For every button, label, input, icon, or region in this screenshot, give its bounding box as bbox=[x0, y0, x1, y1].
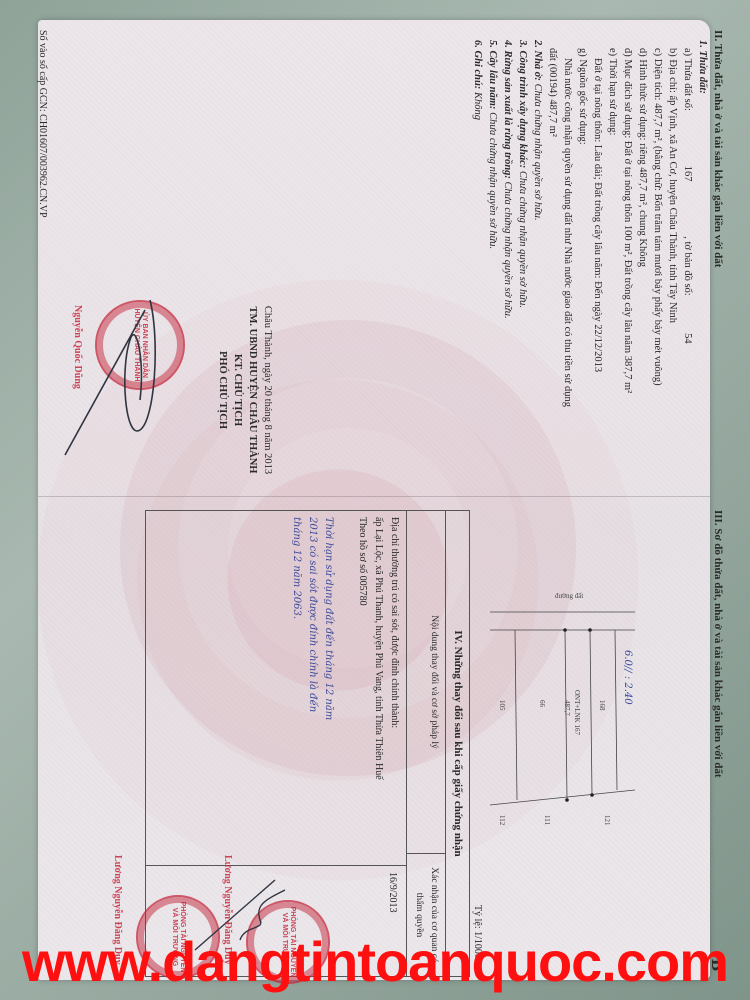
section-iv-header-row: Nội dung thay đổi và cơ sở pháp lý Xác n… bbox=[406, 511, 445, 976]
term-detail: Đất ở tại nông thôn: Lâu dài; Đất trồng … bbox=[590, 30, 605, 500]
place-date: Châu Thành, ngày 20 tháng 8 năm 2013 bbox=[260, 260, 275, 520]
certificate-content: II. Thửa đất, nhà ở và tài sản khác gắn … bbox=[35, 30, 725, 980]
neighbor-121: 121 bbox=[603, 815, 611, 826]
parcel-number-label: a) Thửa đất số: bbox=[682, 48, 693, 111]
usage-purpose-line: đ) Mục đích sử dụng: Đất ở tại nông thôn… bbox=[620, 30, 635, 500]
change-line-2: ấp Lại Lộc, xã Phú Thanh, huyện Phú Vang… bbox=[370, 517, 386, 859]
section-iv-heading: IV. Những thay đổi sau khi cấp giấy chứn… bbox=[445, 511, 469, 976]
serial-number: Số vào sổ cấp GCN: CH01607/003962.CN.VP bbox=[35, 30, 50, 218]
signing-org: TM. UBND HUYỆN CHÂU THÀNH bbox=[245, 260, 260, 520]
notes-line: 6. Ghi chú: Không bbox=[470, 30, 485, 500]
parcel-number: 167 bbox=[680, 114, 695, 234]
handwritten-line-2: 2013 có sai sót được đính chính là đến bbox=[304, 517, 320, 859]
handwritten-line-3: tháng 12 năm 2063. bbox=[288, 517, 304, 859]
address-line: b) Địa chỉ: ấp Vịnh, xã An Cơ, huyện Châ… bbox=[665, 30, 680, 500]
section-ii: II. Thửa đất, nhà ở và tài sản khác gắn … bbox=[35, 30, 725, 500]
change-content-cell: Địa chỉ thường trú có sai sót, được đính… bbox=[146, 511, 406, 866]
map-sheet-number: 54 bbox=[680, 298, 695, 378]
road-label: đường đất bbox=[555, 592, 583, 600]
parcel-diagram: đường đất ONT+LNK 167 487,7 168 66 105 1… bbox=[485, 590, 675, 850]
other-construction-line: 3. Công trình xây dựng khác: Chưa chứng … bbox=[515, 30, 530, 500]
signing-kt: KT. CHỦ TỊCH bbox=[230, 260, 245, 520]
change-line-3: Theo hồ sơ số 005780 bbox=[354, 517, 370, 859]
parcel-heading: 1. Thửa đất: bbox=[695, 30, 710, 500]
district-signer-name: Nguyễn Quốc Dũng bbox=[70, 305, 85, 389]
parcel-number-line: a) Thửa đất số: 167 , tờ bản đồ số: 54 bbox=[680, 30, 695, 500]
neighbor-105: 105 bbox=[498, 700, 506, 711]
neighbor-111: 111 bbox=[543, 815, 551, 825]
perennial-trees-line: 5. Cây lâu năm: Chưa chứng nhận quyền sở… bbox=[485, 30, 500, 500]
section-iii-iv: III. Sơ đồ thửa đất, nhà ở và tài sản kh… bbox=[35, 510, 725, 980]
watermark-url: www.dangtintoanquoc.com bbox=[10, 932, 740, 992]
parcel-label: ONT+LNK 167 bbox=[573, 690, 581, 735]
forest-line: 4. Rừng sản xuất là rừng trồng: Chưa chứ… bbox=[500, 30, 515, 500]
origin-detail-2: đất (00194) 487,7 m² bbox=[545, 30, 560, 500]
section-ii-heading: II. Thửa đất, nhà ở và tài sản khác gắn … bbox=[710, 30, 725, 500]
house-line: 2. Nhà ở: Chưa chứng nhận quyền sở hữu. bbox=[530, 30, 545, 500]
usage-form-line: d) Hình thức sử dụng: riêng 487,7 m², ch… bbox=[635, 30, 650, 500]
origin-line: g) Nguồn gốc sử dụng: bbox=[575, 30, 590, 500]
section-iii-heading: III. Sơ đồ thửa đất, nhà ở và tài sản kh… bbox=[710, 510, 725, 980]
term-line: e) Thời hạn sử dụng: bbox=[605, 30, 620, 500]
area-line: c) Diện tích: 487,7 m², (bằng chữ: Bốn t… bbox=[650, 30, 665, 500]
origin-detail-1: Nhà nước công nhận quyền sử dụng đất như… bbox=[560, 30, 575, 500]
neighbor-168: 168 bbox=[598, 700, 606, 711]
col-change-content: Nội dung thay đổi và cơ sở pháp lý bbox=[407, 511, 445, 854]
confirmation-date: 16/9/2013 bbox=[385, 872, 400, 913]
signing-title: PHÓ CHỦ TỊCH bbox=[215, 260, 230, 520]
change-line-1: Địa chỉ thường trú có sai sót, được đính… bbox=[386, 517, 402, 859]
map-sheet-label: , tờ bản đồ số: bbox=[682, 236, 693, 296]
handwritten-dimensions: 6.0// : 2.40 bbox=[622, 650, 633, 705]
neighbor-66: 66 bbox=[538, 700, 546, 708]
neighbor-112: 112 bbox=[498, 815, 506, 826]
signature-block: Châu Thành, ngày 20 tháng 8 năm 2013 TM.… bbox=[215, 260, 275, 520]
parcel-area: 487,7 bbox=[563, 700, 571, 716]
handwritten-line-1: Thời hạn sử dụng đất đến tháng 12 năm bbox=[320, 517, 336, 859]
